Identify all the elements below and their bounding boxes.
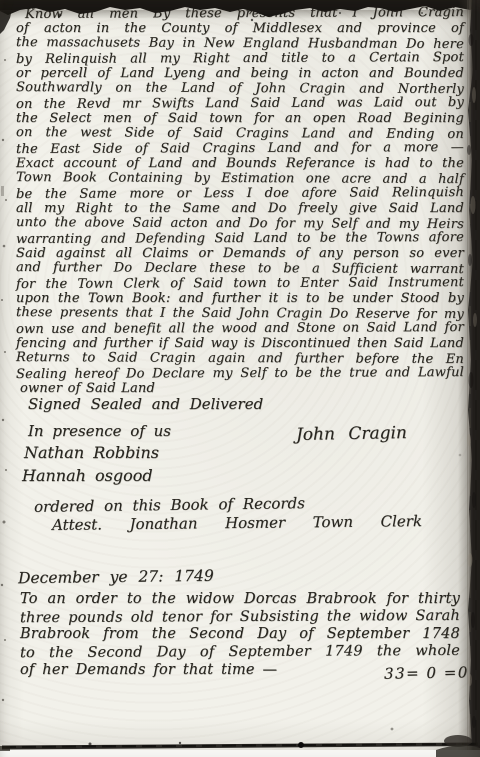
- deed-line: or percell of Land Lyeng and being in ac…: [16, 66, 464, 81]
- deed-line: by Relinquish all my Right and title to …: [16, 50, 464, 67]
- grantor-signature: John Cragin: [296, 423, 407, 445]
- deed-paragraph: Know all men By these presents that I Jo…: [16, 6, 464, 396]
- attestation-line: Signed Sealed and Delivered: [28, 395, 263, 413]
- record-order-line: ordered on this Book of Records: [34, 494, 305, 516]
- deed-line: upon the Town Book: and further it is to…: [16, 291, 464, 306]
- deed-line: Exact account of Land and Bounds Referan…: [16, 156, 464, 171]
- deed-line: the East Side of Said Cragins Land and f…: [16, 140, 464, 157]
- witness-name: Hannah osgood: [22, 466, 153, 485]
- order-line: three pounds old tenor for Subsisting th…: [20, 608, 460, 628]
- scanned-document-page: 77 Know all men By these presents that I…: [0, 0, 480, 757]
- deed-line: of acton in the County of Middlesex and …: [16, 21, 464, 36]
- deed-line: owner of Said Land: [16, 381, 464, 396]
- deed-line: all my Right to the Same and Do freely g…: [16, 201, 464, 216]
- deed-line: the Select men of Said town for an open …: [16, 111, 464, 126]
- witness-name: Nathan Robbins: [24, 443, 159, 462]
- deed-line: for the Town Clerk of Said town to Enter…: [16, 275, 464, 292]
- deed-line: Sealing hereof Do Declare my Self to be …: [16, 365, 464, 382]
- deed-line: on the Revd mr Swifts Land Said Land was…: [16, 95, 464, 112]
- deed-line: Know all men By these presents that I Jo…: [16, 5, 464, 22]
- clerk-attest-line: Attest. Jonathan Hosmer Town Clerk: [52, 512, 422, 534]
- order-line: To an order to the widow Dorcas Brabrook…: [20, 591, 460, 609]
- witness-intro-line: In presence of us: [28, 422, 171, 440]
- amount-figure: 33= 0 =0: [384, 663, 469, 682]
- order-line: Brabrook from the Second Day of Septembe…: [20, 626, 460, 644]
- deed-line: warranting and Defending Said Land to be…: [16, 230, 464, 247]
- scanner-bed-strip: [0, 750, 480, 757]
- deed-line: own use and benefit all the wood and Sto…: [16, 320, 464, 337]
- order-line: to the Second Day of September 1749 the …: [20, 643, 460, 663]
- entry-date-line: December ye 27: 1749: [18, 567, 214, 587]
- deed-line: be the Same more or Less I doe afore Sai…: [16, 185, 464, 202]
- deed-line: Said against all Claims or Demands of an…: [16, 246, 464, 261]
- deed-line: fencing and further if Said way is Disco…: [16, 336, 464, 351]
